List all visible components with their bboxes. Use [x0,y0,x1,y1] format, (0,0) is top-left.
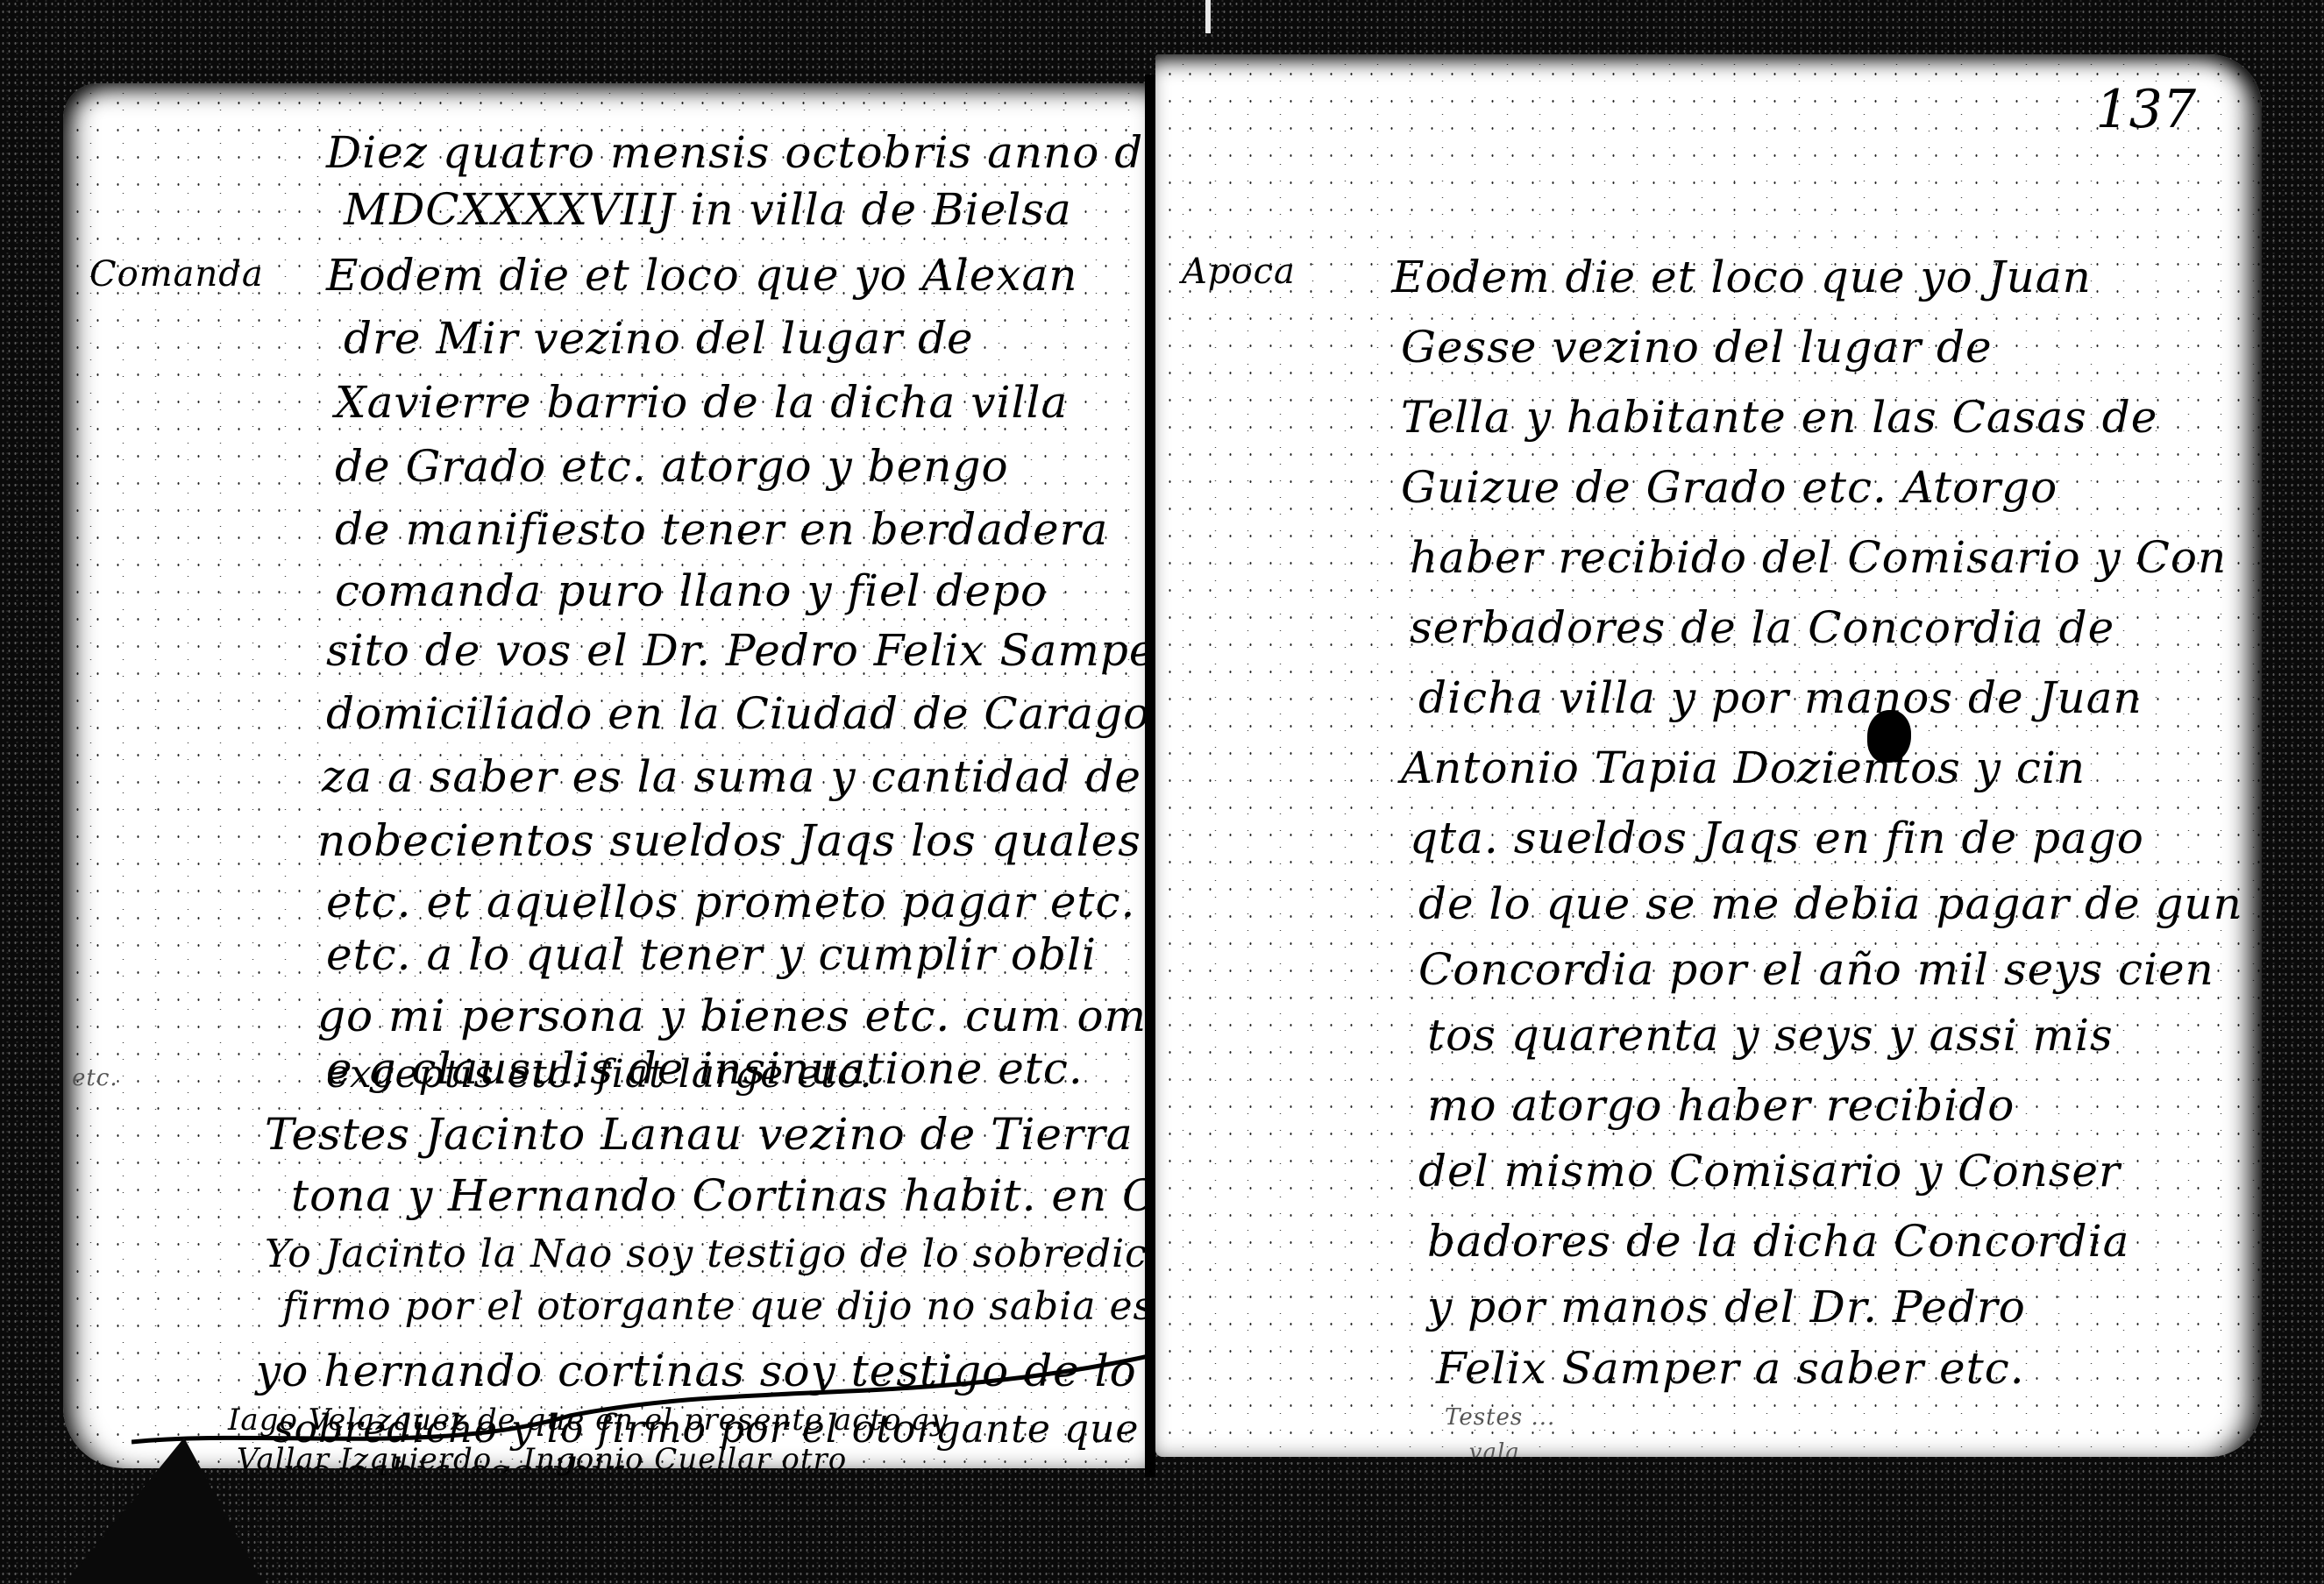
body-line: comanda puro llano y fiel depo [335,565,1048,616]
body-line: badores de la dicha Concordia [1427,1216,2129,1267]
body-line: dre Mir vezino del lugar de [344,313,974,364]
witness-signature-line: firmo por el otorgante que dijo no sabia… [282,1284,1150,1329]
body-line: y por manos del Dr. Pedro [1427,1282,2026,1332]
body-line: etc. a lo qual tener y cumplir obli [326,929,1097,980]
faint-margin-text: etc. [72,1065,118,1091]
body-line: de Grado etc. atorgo y bengo [335,441,1009,492]
footer-line: Vallar Izquierdo , Ingonio Cuellar otro [237,1442,847,1477]
body-line: sito de vos el Dr. Pedro Felix Samper [326,625,1150,676]
body-line: de lo que se me debia pagar de gun [1418,878,2242,929]
body-line: go mi persona y bienes etc. cum omni [317,991,1150,1041]
body-line: etc. et aquellos prometo pagar etc. [326,877,1135,927]
body-line: serbadores de la Concordia de [1410,602,2114,653]
body-line: Gesse vezino del lugar de [1401,322,1993,373]
folio-number: 137 [2095,79,2196,140]
margin-note-comanda: Comanda [89,254,264,295]
body-line: de manifiesto tener en berdadera [335,504,1108,555]
left-page: Diez quatro mensis octobris anno domini … [63,83,1150,1468]
body-line: Eodem die et loco que yo Juan [1392,252,2092,302]
witness-line: Testes Jacinto Lanau vezino de Tierra Ch… [265,1109,1150,1160]
body-line: dicha villa y por manos de Juan [1418,672,2143,723]
manuscript-spread: Diez quatro mensis octobris anno domini … [0,0,2324,1584]
body-line: Xavierre barrio de la dicha villa [335,377,1068,428]
footer-line: Iago Velazquez de que en el presente act… [228,1403,949,1438]
margin-note-apoca: Apoca [1182,252,1296,292]
body-line: Tella y habitante en las Casas de [1401,392,2157,443]
witness-line: tona y Hernando Cortinas habit. en Carag… [291,1170,1150,1221]
body-line: Antonio Tapia Dozientos y cin [1401,742,2086,793]
body-line: tos quarenta y seys y assi mis [1427,1010,2114,1061]
heading-line-1: Diez quatro mensis octobris anno domini [326,127,1150,178]
ink-blot [1867,710,1911,763]
body-line: za a saber es la suma y cantidad de [322,751,1141,802]
witness-note: exceptis etc. fiat large etc. [326,1052,873,1097]
faint-bleedthrough-line: ...vala... [1445,1439,1545,1457]
body-line: del mismo Comisario y Conser [1418,1146,2121,1197]
body-line: Guizue de Grado etc. Atorgo [1401,462,2057,513]
body-line: mo atorgo haber recibido [1427,1080,2015,1131]
top-binding-mark [1205,0,1211,33]
faint-bleedthrough-line: Testes ... [1445,1404,1555,1431]
right-page: 137 Apoca Eodem die et loco que yo Juan … [1155,54,2262,1457]
body-line: qta. sueldos Jaqs en fin de pago [1410,813,2144,863]
body-line: Eodem die et loco que yo Alexan [326,250,1078,301]
body-line: domiciliado en la Ciudad de Carago [326,688,1150,739]
body-line: haber recibido del Comisario y Con [1410,532,2227,583]
body-line: nobecientos sueldos Jaqs los quales [317,815,1141,866]
body-line: Concordia por el año mil seys cien [1418,944,2214,995]
heading-line-2: MDCXXXXVIIJ in villa de Bielsa [344,184,1072,235]
book-gutter [1145,75,1155,1477]
body-line: Felix Samper a saber etc. [1436,1343,2025,1394]
witness-signature-line: Yo Jacinto la Nao soy testigo de lo sobr… [265,1232,1150,1276]
